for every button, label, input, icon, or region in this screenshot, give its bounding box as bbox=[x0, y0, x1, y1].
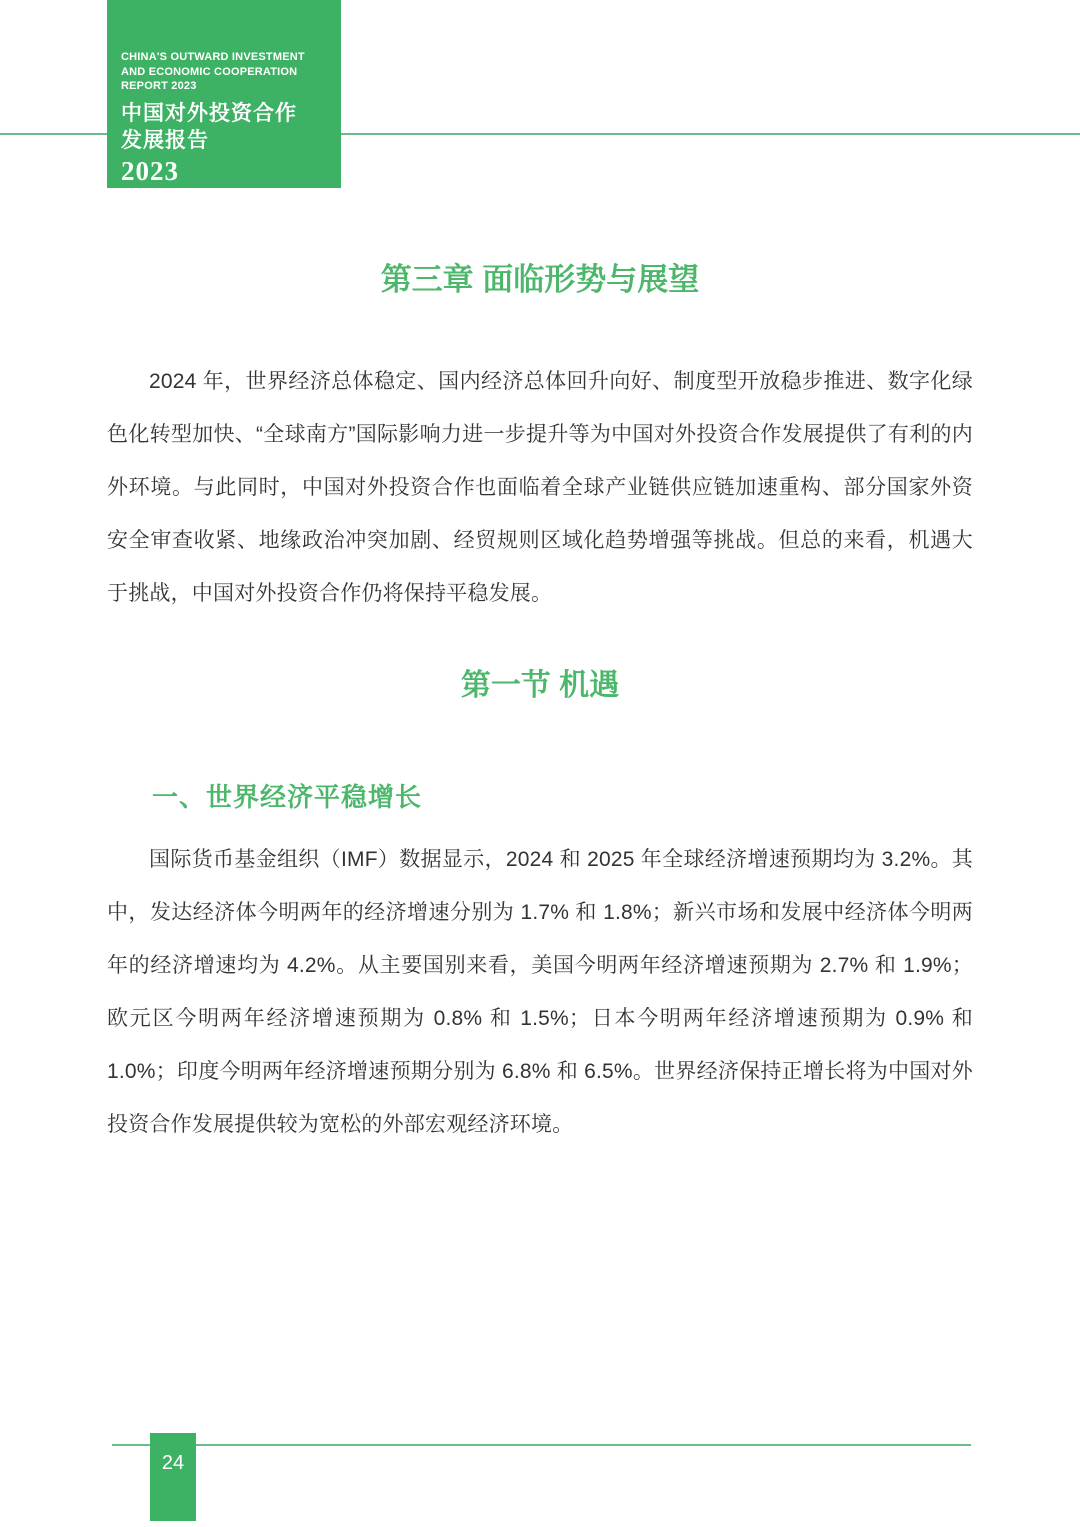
report-title-zh-line2: 发展报告 bbox=[121, 127, 331, 154]
subsection-title: 一、世界经济平稳增长 bbox=[152, 781, 422, 813]
page-number-tab: 24 bbox=[150, 1433, 196, 1521]
chapter-intro-paragraph: 2024 年，世界经济总体稳定、国内经济总体回升向好、制度型开放稳步推进、数字化… bbox=[107, 355, 973, 620]
report-title-en-line2: AND ECONOMIC COOPERATION bbox=[121, 65, 331, 80]
footer-rule bbox=[112, 1444, 971, 1446]
section-title: 第一节 机遇 bbox=[0, 668, 1080, 704]
header-brand-box: CHINA'S OUTWARD INVESTMENT AND ECONOMIC … bbox=[107, 0, 341, 188]
page-number: 24 bbox=[162, 1452, 184, 1474]
chapter-title: 第三章 面临形势与展望 bbox=[0, 262, 1080, 298]
report-page: CHINA'S OUTWARD INVESTMENT AND ECONOMIC … bbox=[0, 0, 1080, 1527]
report-title-en: CHINA'S OUTWARD INVESTMENT AND ECONOMIC … bbox=[121, 50, 331, 94]
report-title-en-line1: CHINA'S OUTWARD INVESTMENT bbox=[121, 50, 331, 65]
report-title-zh: 中国对外投资合作 发展报告 bbox=[121, 100, 331, 154]
subsection-paragraph: 国际货币基金组织（IMF）数据显示，2024 和 2025 年全球经济增速预期均… bbox=[107, 833, 973, 1151]
report-title-en-line3: REPORT 2023 bbox=[121, 79, 331, 94]
report-title-zh-line1: 中国对外投资合作 bbox=[121, 100, 331, 127]
report-year: 2023 bbox=[121, 157, 331, 186]
